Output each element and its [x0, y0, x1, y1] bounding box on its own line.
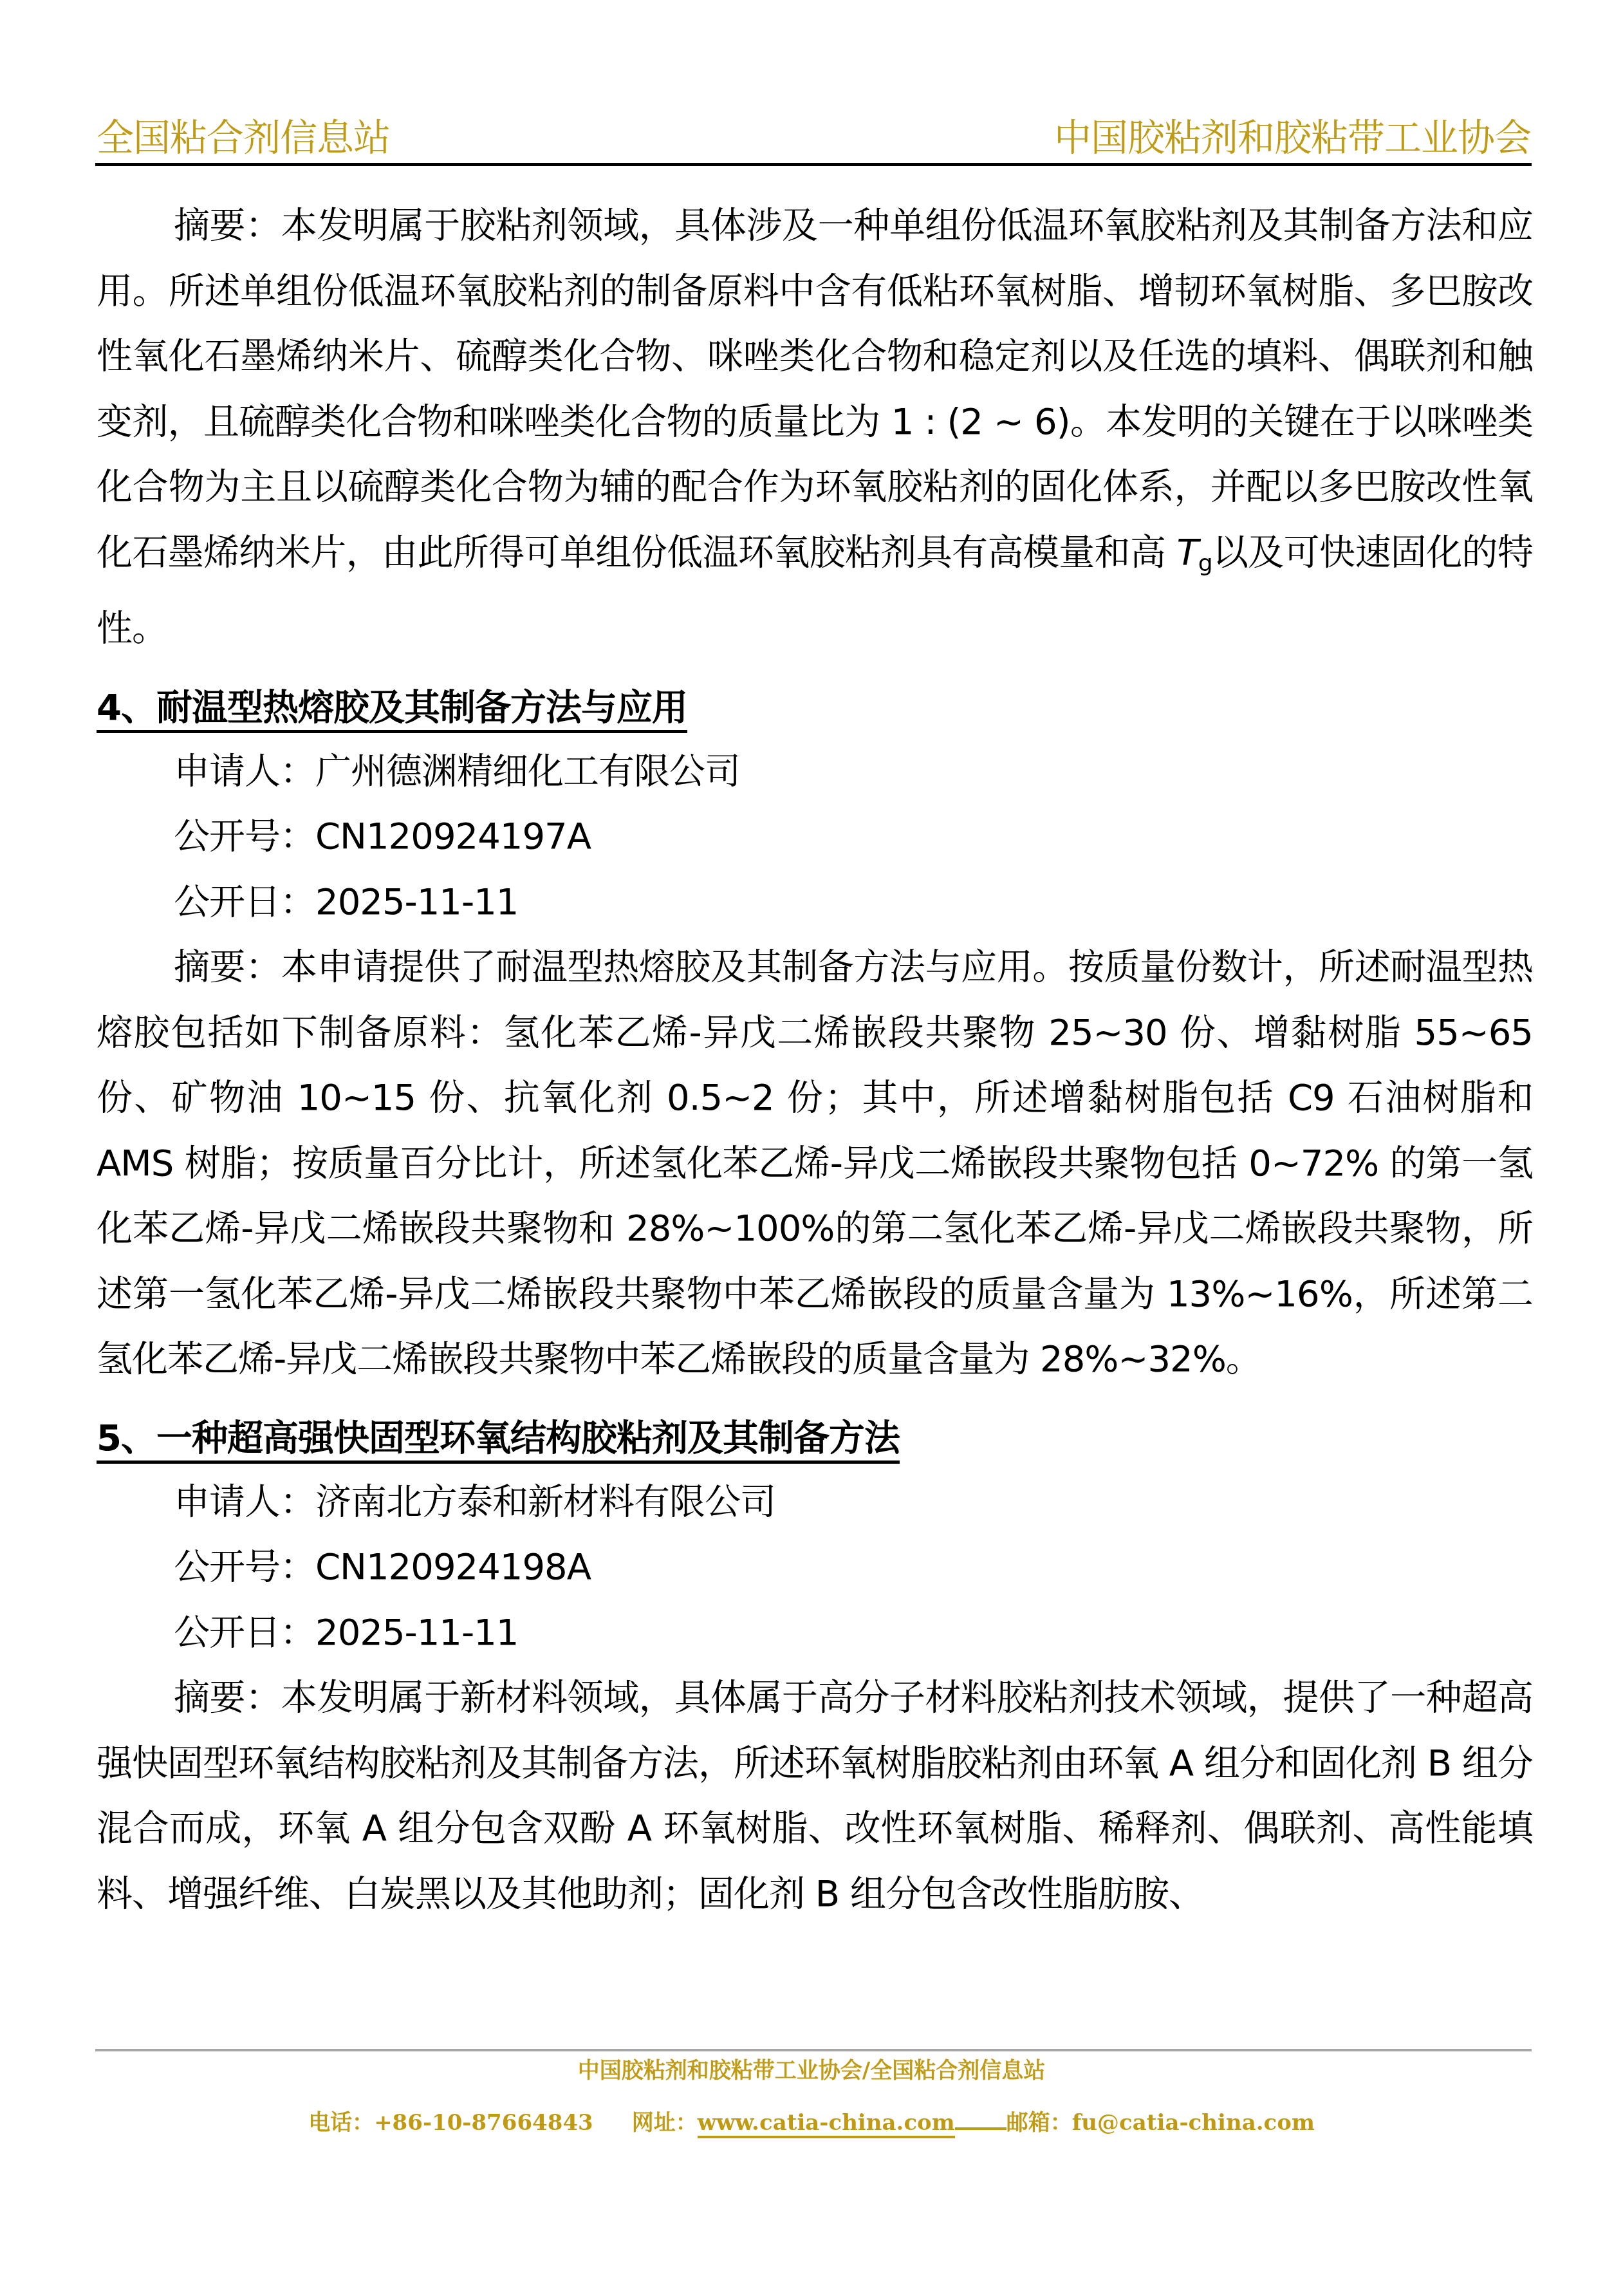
email-label: 邮箱：	[1006, 2110, 1072, 2136]
section-4-title: 4、耐温型热熔胶及其制备方法与应用	[97, 687, 687, 733]
footer-organization: 中国胶粘剂和胶粘带工业协会/全国粘合剂信息站	[0, 2057, 1623, 2085]
footer-contact: 电话：+86-10-87664843网址：www.catia-china.com…	[0, 2109, 1623, 2137]
abstract-section-5: 摘要：本发明属于新材料领域，具体属于高分子材料胶粘剂技术领域，提供了一种超高强快…	[97, 1665, 1533, 1927]
website-label: 网址：	[632, 2110, 698, 2136]
publication-number-value: CN120924197A	[315, 816, 591, 857]
main-content: 摘要：本发明属于胶粘剂领域，具体涉及一种单组份低温环氧胶粘剂及其制备方法和应用。…	[97, 193, 1533, 1927]
publication-date-value: 2025-11-11	[315, 881, 518, 923]
section-5-title: 5、一种超高强快固型环氧结构胶粘剂及其制备方法	[97, 1418, 900, 1464]
applicant-value: 济南北方泰和新材料有限公司	[315, 1481, 775, 1523]
tg-subscript: g	[1198, 550, 1212, 577]
publication-date-label: 公开日：	[174, 881, 315, 923]
header-association-name: 中国胶粘剂和胶粘带工业协会	[1054, 115, 1531, 161]
header-site-name: 全国粘合剂信息站	[97, 115, 390, 161]
phone-label: 电话：	[308, 2110, 374, 2136]
email-value[interactable]: fu@catia-china.com	[1072, 2110, 1315, 2136]
publication-date-line: 公开日：2025-11-11	[97, 870, 1533, 935]
publication-date-value: 2025-11-11	[315, 1612, 518, 1654]
applicant-line: 申请人：广州德渊精细化工有限公司	[97, 739, 1533, 805]
publication-number-label: 公开号：	[174, 1546, 315, 1588]
tg-symbol: T	[1177, 532, 1198, 574]
abstract-label: 摘要：	[174, 1677, 281, 1719]
abstract-text: 本申请提供了耐温型热熔胶及其制备方法与应用。按质量份数计，所述耐温型热熔胶包括如…	[97, 946, 1533, 1380]
section-title-text: 一种超高强快固型环氧结构胶粘剂及其制备方法	[156, 1417, 900, 1459]
publication-date-label: 公开日：	[174, 1612, 315, 1654]
applicant-label: 申请人：	[174, 751, 315, 792]
publication-number-label: 公开号：	[174, 816, 315, 857]
publication-date-line: 公开日：2025-11-11	[97, 1600, 1533, 1666]
website-link[interactable]: www.catia-china.com	[698, 2110, 955, 2138]
publication-number-line: 公开号：CN120924198A	[97, 1535, 1533, 1600]
abstract-label: 摘要：	[174, 946, 281, 988]
header-divider	[95, 163, 1532, 166]
abstract-text: 本发明属于胶粘剂领域，具体涉及一种单组份低温环氧胶粘剂及其制备方法和应用。所述单…	[97, 205, 1533, 574]
abstract-section-4: 摘要：本申请提供了耐温型热熔胶及其制备方法与应用。按质量份数计，所述耐温型热熔胶…	[97, 935, 1533, 1392]
footer-divider	[95, 2049, 1532, 2051]
section-4-heading-wrap: 4、耐温型热熔胶及其制备方法与应用	[97, 662, 1533, 739]
applicant-value: 广州德渊精细化工有限公司	[315, 751, 740, 792]
phone-value: +86-10-87664843	[374, 2110, 593, 2136]
applicant-label: 申请人：	[174, 1481, 315, 1523]
section-5-heading-wrap: 5、一种超高强快固型环氧结构胶粘剂及其制备方法	[97, 1392, 1533, 1470]
publication-number-line: 公开号：CN120924197A	[97, 804, 1533, 870]
document-page: 全国粘合剂信息站 中国胶粘剂和胶粘带工业协会 摘要：本发明属于胶粘剂领域，具体涉…	[0, 0, 1623, 2296]
section-title-text: 耐温型热熔胶及其制备方法与应用	[156, 687, 687, 729]
section-number: 4、	[97, 687, 156, 729]
abstract-section-3: 摘要：本发明属于胶粘剂领域，具体涉及一种单组份低温环氧胶粘剂及其制备方法和应用。…	[97, 193, 1533, 662]
section-number: 5、	[97, 1417, 156, 1459]
abstract-label: 摘要：	[174, 205, 281, 247]
applicant-line: 申请人：济南北方泰和新材料有限公司	[97, 1470, 1533, 1535]
publication-number-value: CN120924198A	[315, 1546, 591, 1588]
abstract-text: 本发明属于新材料领域，具体属于高分子材料胶粘剂技术领域，提供了一种超高强快固型环…	[97, 1677, 1533, 1915]
